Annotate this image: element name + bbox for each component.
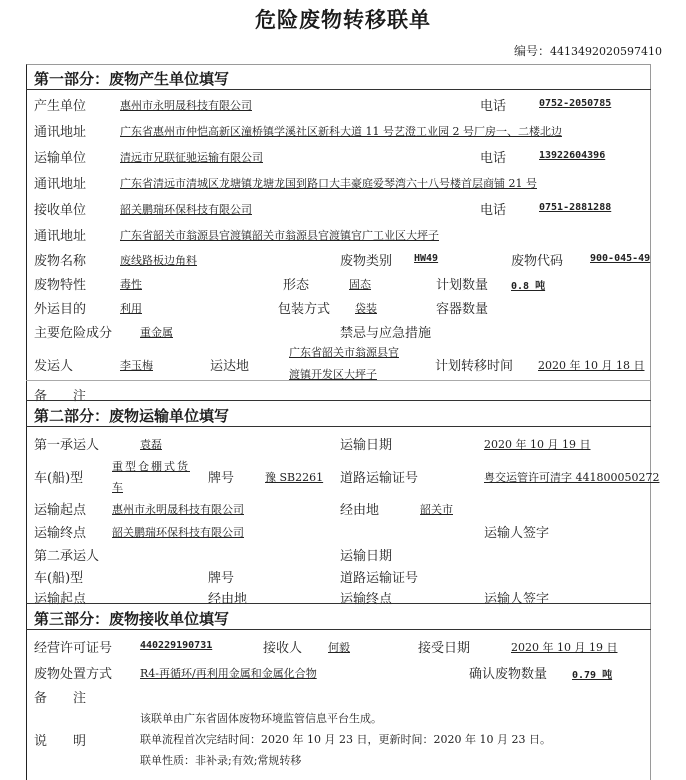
plate1-value: 豫 SB2261 (265, 469, 323, 485)
part1-heading: 第一部分：废物产生单位填写 (34, 68, 229, 89)
waste-code-label: 废物代码 (511, 250, 563, 269)
vehicle1-type-line2: 车 (112, 479, 123, 495)
main-hazard-value: 重金属 (140, 324, 173, 340)
start1-label: 运输起点 (34, 499, 86, 518)
note-line-1: 该联单由广东省固体废物环境监管信息平台生成。 (140, 710, 382, 726)
carrier-value: 清远市兄联征驰运输有限公司 (120, 149, 263, 165)
form-value: 固态 (349, 276, 371, 292)
via2-label: 经由地 (208, 588, 247, 607)
planned-quantity-value: 0.8 吨 (511, 277, 545, 292)
carrier-phone-label: 电话 (480, 147, 506, 166)
start1-value: 惠州市永明晟科技有限公司 (112, 501, 244, 517)
note-line-2: 联单流程首次完结时间：2020 年 10 月 23 日，更新时间：2020 年 … (140, 731, 551, 747)
vehicle1-type-label: 车(船)型 (34, 467, 83, 486)
plate2-label: 牌号 (208, 567, 234, 586)
planned-time-value: 2020 年 10 月 18 日 (538, 357, 644, 373)
part1-remarks-label: 备 注 (34, 385, 86, 404)
divider (26, 603, 651, 604)
receiver-phone-label: 电话 (480, 199, 506, 218)
recipient-value: 何毅 (328, 639, 350, 655)
divider (26, 380, 651, 381)
transport-date2-label: 运输日期 (340, 545, 392, 564)
receiver-label: 接收单位 (34, 199, 86, 218)
waste-name-value: 废线路板边角料 (120, 252, 197, 268)
divider (26, 400, 651, 401)
form-label: 形态 (283, 274, 309, 293)
main-hazard-label: 主要危险成分 (34, 322, 112, 341)
road-permit1-label: 道路运输证号 (340, 467, 418, 486)
document-number-label: 编号： (514, 44, 550, 58)
divider (26, 89, 651, 90)
disposal-method-value: R4-再循环/再利用金属和金属化合物 (140, 665, 317, 681)
carrier1-label: 第一承运人 (34, 434, 99, 453)
producer-phone-value: 0752-2050785 (539, 98, 611, 109)
waste-property-label: 废物特性 (34, 274, 86, 293)
signature1-label: 运输人签字 (484, 522, 549, 541)
recipient-label: 接收人 (263, 637, 302, 656)
end1-label: 运输终点 (34, 522, 86, 541)
destination-label: 运达地 (210, 355, 249, 374)
document-title: 危险废物转移联单 (0, 4, 686, 34)
start2-label: 运输起点 (34, 588, 86, 607)
via1-value: 韶关市 (420, 501, 453, 517)
transport-date1-label: 运输日期 (340, 434, 392, 453)
part3-remarks-label: 备 注 (34, 687, 86, 706)
confirmed-quantity-label: 确认废物数量 (469, 663, 547, 682)
notes-label: 说 明 (34, 730, 86, 749)
receiver-value: 韶关鹏瑞环保科技有限公司 (120, 201, 252, 217)
packaging-value: 袋装 (355, 300, 377, 316)
divider (26, 426, 651, 427)
receiver-address-label: 通讯地址 (34, 225, 86, 244)
shipper-value: 李玉梅 (120, 357, 153, 373)
producer-phone-label: 电话 (480, 95, 506, 114)
container-quantity-label: 容器数量 (436, 298, 488, 317)
license-label: 经营许可证号 (34, 637, 112, 656)
receiver-address-value: 广东省韶关市翁源县官渡镇韶关市翁源县官渡镇官广工业区大坪子 (120, 227, 439, 243)
divider (26, 629, 651, 630)
receiver-phone-value: 0751-2881288 (539, 202, 611, 213)
confirmed-quantity-value: 0.79 吨 (572, 666, 612, 681)
waste-category-label: 废物类别 (340, 250, 392, 269)
end1-value: 韶关鹏瑞环保科技有限公司 (112, 524, 244, 540)
purpose-label: 外运目的 (34, 298, 86, 317)
waste-code-value: 900-045-49 (590, 253, 650, 264)
waste-category-value: HW49 (414, 253, 438, 264)
accept-date-label: 接受日期 (418, 637, 470, 656)
planned-time-label: 计划转移时间 (435, 355, 513, 374)
via1-label: 经由地 (340, 499, 379, 518)
note-line-3: 联单性质：非补录;有效;常规转移 (140, 752, 301, 768)
packaging-label: 包装方式 (278, 298, 330, 317)
producer-label: 产生单位 (34, 95, 86, 114)
purpose-value: 利用 (120, 300, 142, 316)
part2-heading: 第二部分：废物运输单位填写 (34, 405, 229, 426)
waste-property-value: 毒性 (120, 276, 142, 292)
producer-value: 惠州市永明晟科技有限公司 (120, 97, 252, 113)
end2-label: 运输终点 (340, 588, 392, 607)
taboo-label: 禁忌与应急措施 (340, 322, 431, 341)
signature2-label: 运输人签字 (484, 588, 549, 607)
transport-date1-value: 2020 年 10 月 19 日 (484, 436, 590, 452)
carrier-address-value: 广东省清远市清城区龙塘镇龙塘龙国到路口大丰豪庭爱琴湾六十八号楼首层商铺 21 号 (120, 175, 537, 191)
accept-date-value: 2020 年 10 月 19 日 (511, 639, 617, 655)
producer-address-label: 通讯地址 (34, 121, 86, 140)
destination-value-line1: 广东省韶关市翁源县官 (289, 344, 399, 360)
part3-heading: 第三部分：废物接收单位填写 (34, 608, 229, 629)
disposal-method-label: 废物处置方式 (34, 663, 112, 682)
road-permit1-value: 粤交运管许可清字 441800050272 (484, 469, 659, 485)
shipper-label: 发运人 (34, 355, 73, 374)
license-value: 440229190731 (140, 640, 212, 651)
plate1-label: 牌号 (208, 467, 234, 486)
vehicle2-type-label: 车(船)型 (34, 567, 83, 586)
carrier-address-label: 通讯地址 (34, 173, 86, 192)
vehicle1-type-line1: 重型仓棚式货 (112, 458, 190, 474)
carrier1-value: 袁磊 (140, 436, 162, 452)
planned-quantity-label: 计划数量 (436, 274, 488, 293)
carrier2-label: 第二承运人 (34, 545, 99, 564)
document-number: 编号：4413492020597410 (514, 42, 662, 59)
carrier-label: 运输单位 (34, 147, 86, 166)
producer-address-value: 广东省惠州市仲恺高新区潼桥镇学溪社区新科大道 11 号艺澄工业园 2 号厂房一、… (120, 123, 562, 139)
road-permit2-label: 道路运输证号 (340, 567, 418, 586)
document-number-value: 4413492020597410 (550, 45, 662, 58)
carrier-phone-value: 13922604396 (539, 150, 605, 161)
waste-name-label: 废物名称 (34, 250, 86, 269)
